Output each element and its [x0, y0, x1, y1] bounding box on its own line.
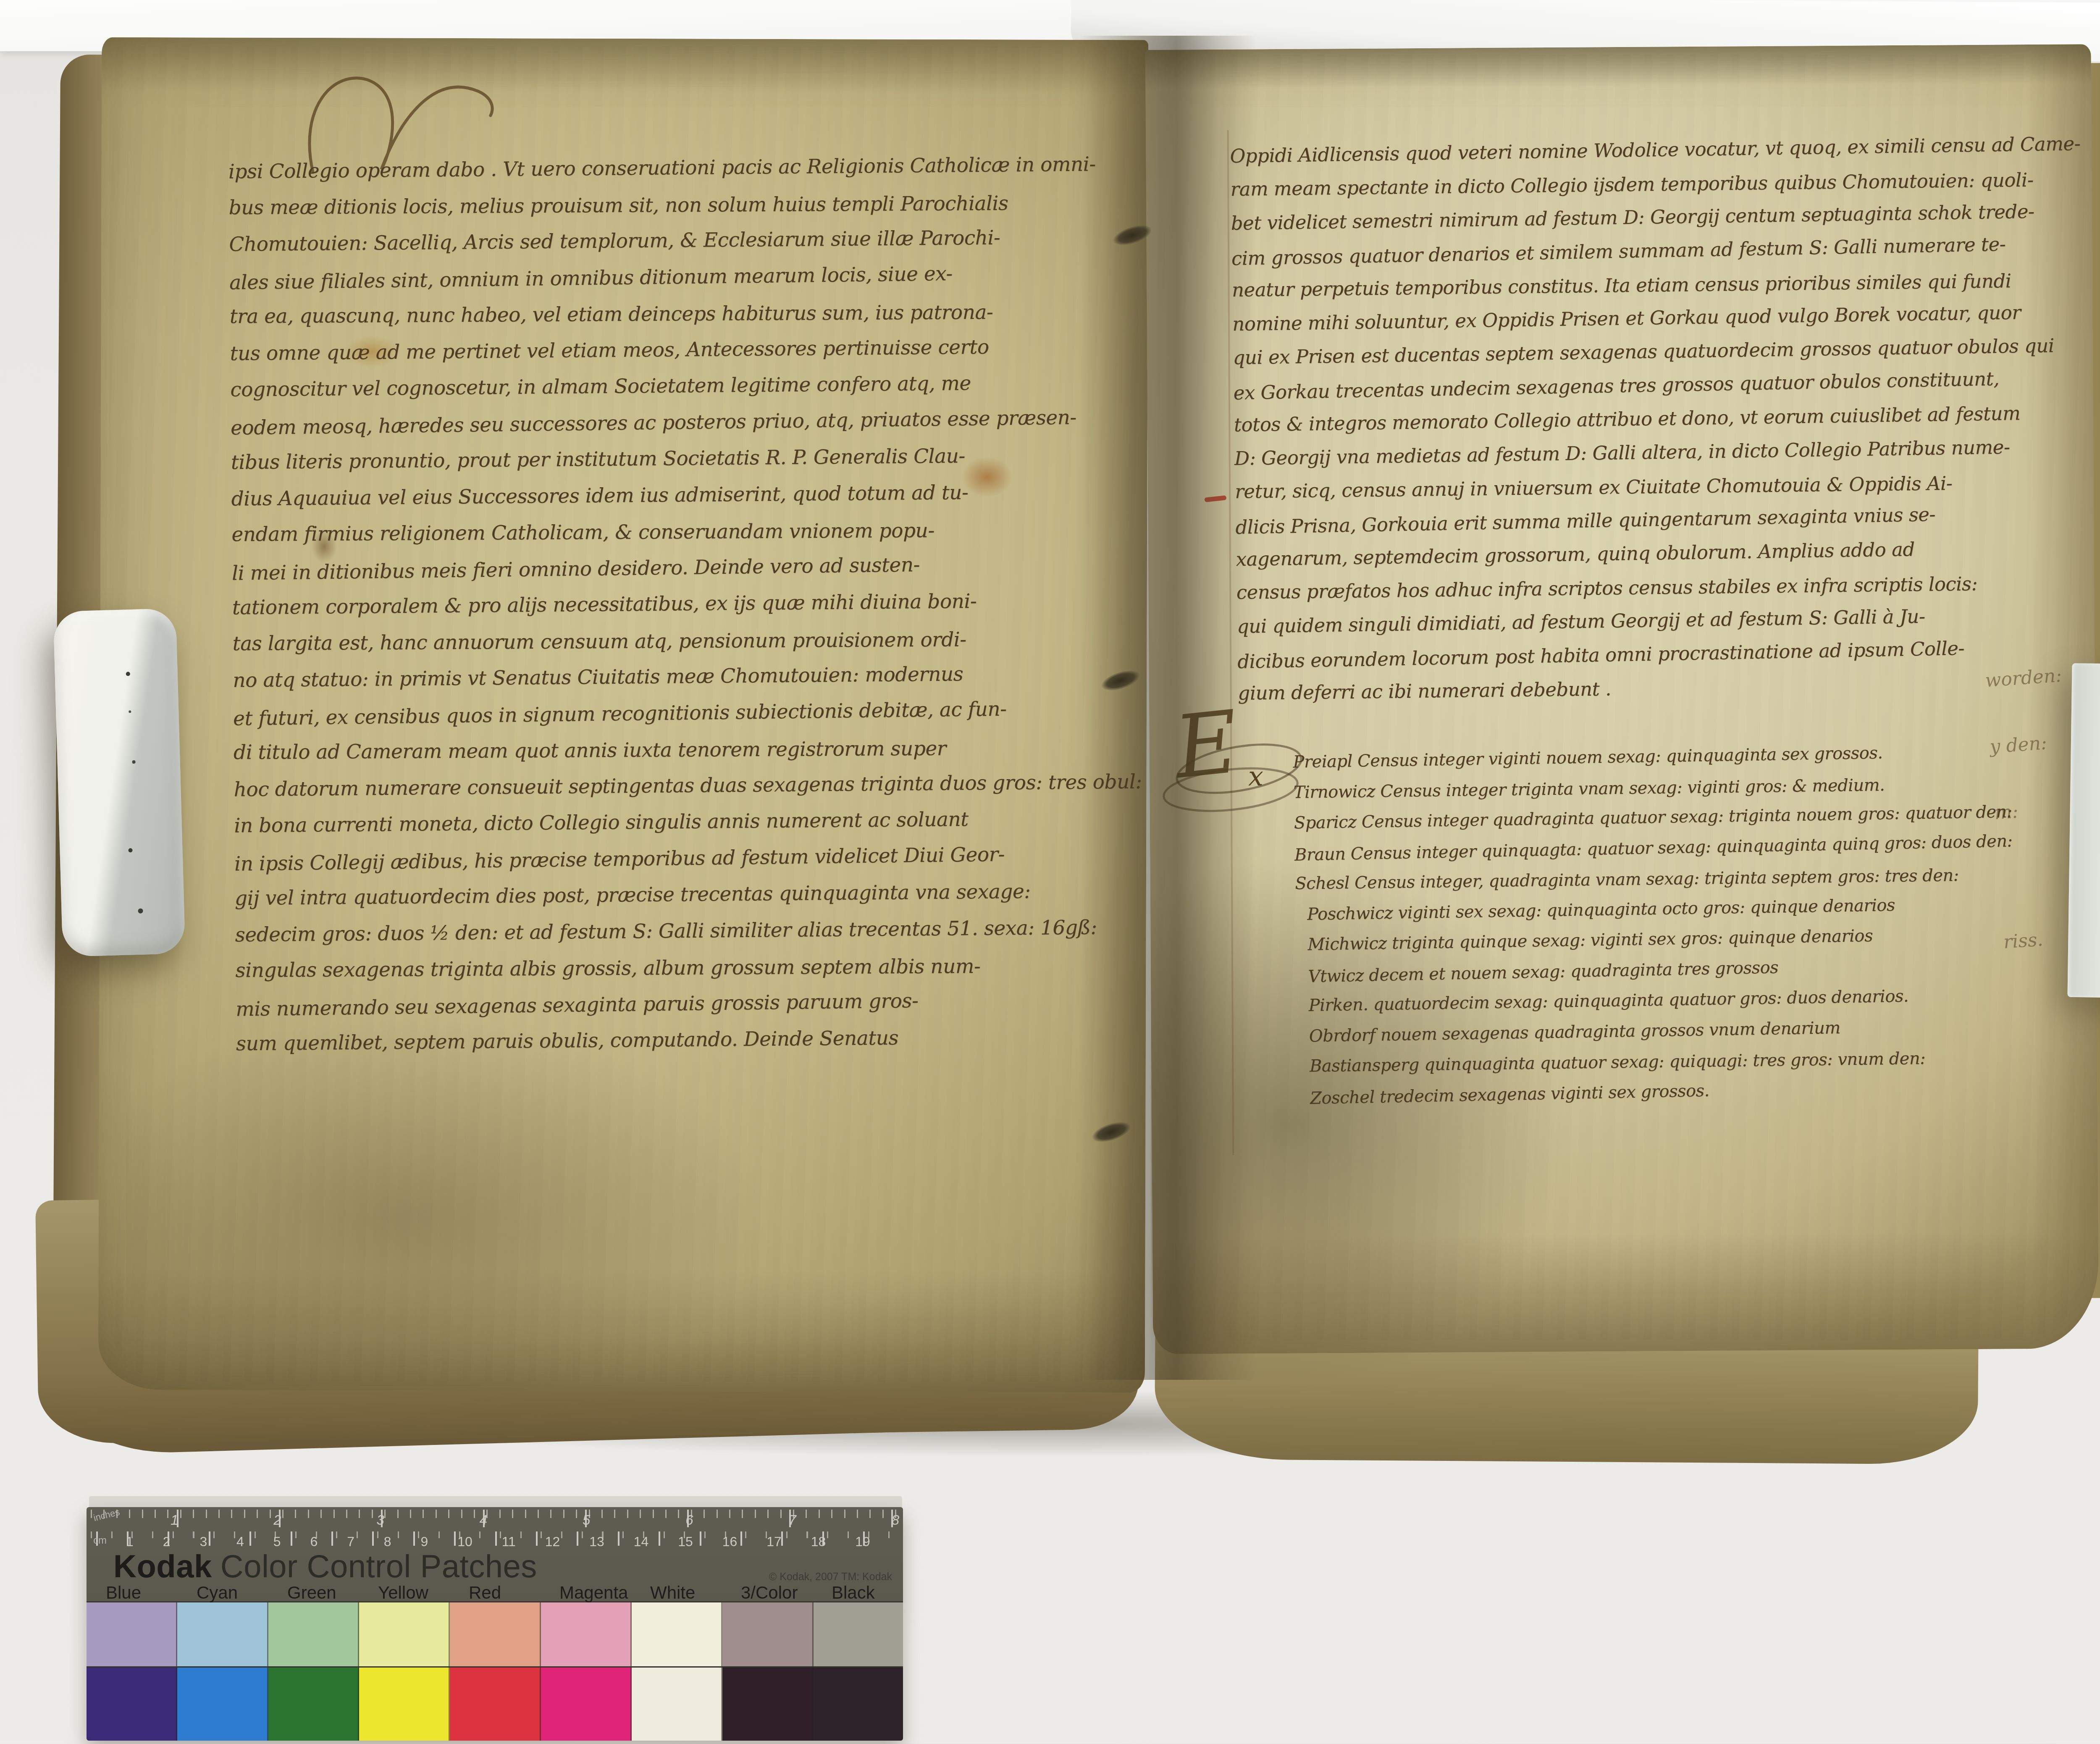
color-patch: [87, 1668, 177, 1741]
color-patch: [177, 1602, 268, 1666]
ruler-number: 18: [811, 1534, 826, 1550]
color-patch: [359, 1602, 450, 1666]
right-page-weight: [2067, 663, 2100, 1000]
scanned-manuscript-photo: { "scan": { "left_page": { "lines": [ "i…: [0, 0, 2100, 1744]
ruler-number: 6: [310, 1534, 318, 1550]
color-patch: [722, 1668, 813, 1741]
patch-label: White: [631, 1583, 722, 1603]
patch-label: Blue: [87, 1583, 177, 1603]
ruler-number: 17: [766, 1534, 782, 1550]
color-patch: [268, 1668, 359, 1741]
patch-label: Magenta: [540, 1583, 631, 1603]
ruler-number: 1: [171, 1512, 178, 1528]
right-page-text-block: Oppidi Aidlicensis quod veteri nomine Wo…: [1230, 132, 2089, 716]
ruler-number: 6: [685, 1512, 693, 1528]
color-patch: [632, 1602, 722, 1666]
ex-drop-cap: E: [1171, 699, 1242, 792]
manuscript-line: tas largita est, hanc annuorum censuum a…: [233, 627, 1141, 668]
manuscript-line: tra ea, quascunq, nunc habeo, vel etiam …: [230, 300, 1138, 341]
ex-drop-cap-x: x: [1248, 761, 1263, 792]
patch-label: Red: [449, 1583, 540, 1603]
manuscript-line: di titulo ad Cameram meam quot annis iux…: [234, 736, 1142, 777]
color-patch: [268, 1602, 359, 1666]
ruler-number: 5: [273, 1534, 281, 1550]
census-list-block: Preiapl Census integer viginti nouem sex…: [1293, 741, 2017, 1118]
patch-label: 3/Color: [722, 1583, 812, 1603]
ruler-number: 14: [634, 1534, 649, 1550]
ruler-number: 4: [480, 1512, 487, 1528]
ruler-number: 3: [199, 1534, 207, 1550]
cm-ruler-numbers: 12345678910111213141516171819: [126, 1534, 870, 1550]
color-patch: [722, 1602, 813, 1666]
left-page-text-block: ipsi Collegio operam dabo . Vt uero cons…: [228, 152, 1144, 1069]
ruler-number: 9: [421, 1534, 428, 1550]
ruler-number: 8: [892, 1512, 899, 1528]
kodak-color-control-strip: inches 12345678 cm 123456789101112131415…: [87, 1507, 903, 1741]
color-patch: [814, 1668, 903, 1741]
color-patch: [541, 1602, 632, 1666]
patch-label: Green: [268, 1583, 359, 1603]
ruler-number: 7: [788, 1512, 796, 1528]
strip-title: KodakColor Control Patches: [113, 1548, 537, 1585]
ruler-number: 7: [347, 1534, 354, 1550]
patch-label: Black: [812, 1583, 903, 1603]
color-patch: [450, 1668, 541, 1741]
patch-row-tint: [87, 1602, 903, 1668]
ruler-number: 15: [678, 1534, 693, 1550]
patch-label: Cyan: [177, 1583, 268, 1603]
patch-row-saturated: [87, 1668, 903, 1741]
color-patch: [450, 1602, 541, 1666]
kodak-brand-label: Kodak: [113, 1549, 212, 1584]
ruler-number: 5: [583, 1512, 590, 1528]
manuscript-line: dius Aquauiua vel eius Successores idem …: [231, 479, 1139, 523]
manuscript-line: ipsi Collegio operam dabo . Vt uero cons…: [228, 152, 1137, 197]
inch-ruler-numbers: 12345678: [171, 1512, 899, 1528]
patch-label: Yellow: [359, 1583, 449, 1603]
ruler-number: 4: [236, 1534, 244, 1550]
ruler-number: 16: [722, 1534, 738, 1550]
manuscript-line: sedecim gros: duos ½ den: et ad festum S…: [235, 915, 1143, 959]
ruler-number: 10: [457, 1534, 472, 1550]
color-patch: [632, 1668, 722, 1741]
patch-labels-row: BlueCyanGreenYellowRedMagentaWhite3/Colo…: [87, 1583, 903, 1603]
color-patch: [177, 1668, 268, 1741]
manuscript-line: bus meæ ditionis locis, melius prouisum …: [228, 191, 1137, 232]
ruler-number: 3: [376, 1512, 384, 1528]
ruler-number: 2: [273, 1512, 281, 1528]
strip-title-text: Color Control Patches: [220, 1549, 537, 1584]
ruler-number: 13: [589, 1534, 604, 1550]
ruler-number: 1: [126, 1534, 134, 1550]
color-patch: [87, 1602, 177, 1666]
cm-ruler-unit-label: cm: [93, 1535, 107, 1547]
left-page-weight: [53, 608, 186, 957]
ruler-number: 2: [163, 1534, 171, 1550]
strip-copyright: © Kodak, 2007 TM: Kodak: [769, 1571, 892, 1583]
color-patch: [359, 1668, 450, 1741]
patch-grid: [87, 1601, 903, 1741]
ruler-number: 12: [545, 1534, 560, 1550]
ruler-number: 8: [384, 1534, 391, 1550]
color-patch: [814, 1602, 903, 1666]
ruler-number: 19: [855, 1534, 870, 1550]
color-patch: [541, 1668, 632, 1741]
ruler-number: 11: [502, 1534, 516, 1550]
